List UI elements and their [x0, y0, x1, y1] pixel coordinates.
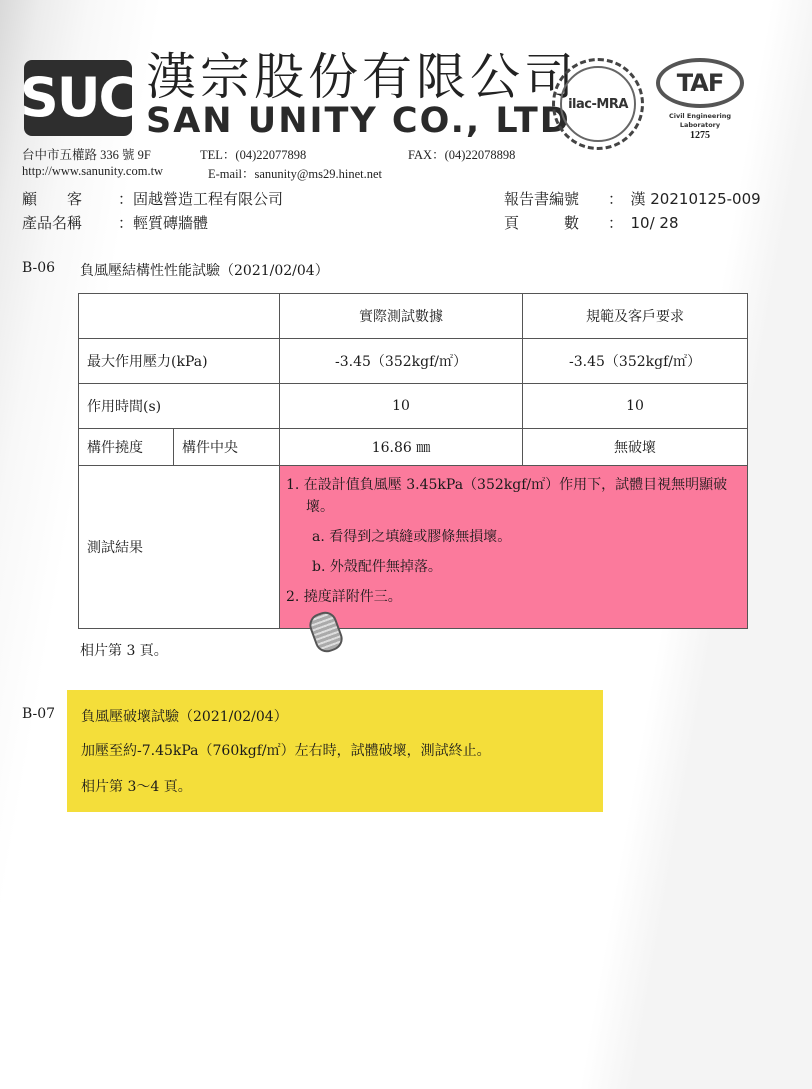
result-label: 測試結果: [79, 466, 280, 629]
customer-value: ：固越營造工程有限公司: [118, 188, 283, 209]
company-name-cn: 漢宗股份有限公司: [146, 52, 578, 102]
result-line-a: a. 看得到之填縫或膠條無損壞。: [286, 526, 741, 548]
section-b06-title: 負風壓結構性性能試驗（2021/02/04）: [80, 260, 329, 280]
page-count-value: ： 10/ 28: [608, 212, 679, 233]
photo-note-b07: 相片第 3～4 頁。: [81, 776, 192, 796]
table-row: 構件撓度 構件中央 16.86 ㎜ 無破壞: [79, 429, 748, 466]
ilac-mra-badge-icon: ilac-MRA: [552, 58, 644, 150]
test-result-row: 測試結果 1. 在設計值負風壓 3.45kPa（352kgf/㎡）作用下，試體目…: [79, 466, 748, 629]
table-row: 最大作用壓力(kPa) -3.45（352kgf/㎡） -3.45（352kgf…: [79, 339, 748, 384]
company-name-en: SAN UNITY CO., LTD: [146, 104, 571, 139]
row-actual: 10: [280, 384, 523, 429]
taf-badge-icon: TAF: [656, 58, 744, 108]
results-table: 實際測試數據 規範及客戶要求 最大作用壓力(kPa) -3.45（352kgf/…: [78, 293, 748, 629]
section-b06-code: B-06: [22, 260, 55, 276]
table-row: 作用時間(s) 10 10: [79, 384, 748, 429]
header-required: 規範及客戶要求: [523, 294, 748, 339]
telephone: TEL：(04)22077898: [200, 145, 306, 163]
b07-result-line: 加壓至約-7.45kPa（760kgf/㎡）左右時，試體破壞，測試終止。: [81, 740, 491, 760]
report-number-label: 報告書編號: [504, 188, 579, 209]
row-label: 構件撓度: [79, 429, 174, 466]
ilac-text: ilac-MRA: [568, 97, 628, 112]
header-actual: 實際測試數據: [280, 294, 523, 339]
section-b07-code: B-07: [22, 706, 55, 722]
header-empty: [79, 294, 280, 339]
taf-text: TAF: [677, 69, 723, 97]
b07-highlight-box: 負風壓破壞試驗（2021/02/04） 加壓至約-7.45kPa（760kgf/…: [67, 690, 603, 812]
row-label: 作用時間(s): [79, 384, 280, 429]
table-header-row: 實際測試數據 規範及客戶要求: [79, 294, 748, 339]
row-sublabel: 構件中央: [174, 429, 280, 466]
report-number-value: ： 漢 20210125-009: [608, 188, 761, 209]
product-value: ：輕質磚牆體: [118, 212, 208, 233]
row-required: -3.45（352kgf/㎡）: [523, 339, 748, 384]
customer-label: 顧 客: [22, 188, 82, 209]
taf-sub1: Civil Engineering: [650, 112, 750, 121]
address: 台中市五權路 336 號 9F: [22, 145, 151, 163]
fax: FAX：(04)22078898: [408, 145, 515, 163]
logo-text: SUC: [20, 71, 136, 125]
taf-number: 1275: [650, 130, 750, 141]
result-content: 1. 在設計值負風壓 3.45kPa（352kgf/㎡）作用下，試體目視無明顯破…: [280, 466, 748, 629]
result-line-2: 2. 撓度詳附件三。: [286, 586, 741, 608]
row-required: 無破壞: [523, 429, 748, 466]
company-logo: SUC: [24, 60, 132, 136]
row-required: 10: [523, 384, 748, 429]
result-line-1: 1. 在設計值負風壓 3.45kPa（352kgf/㎡）作用下，試體目視無明顯破…: [286, 474, 741, 518]
page-count-label: 頁 數: [504, 212, 579, 233]
photo-note-b06: 相片第 3 頁。: [80, 640, 168, 660]
email-link[interactable]: E-mail：sanunity@ms29.hinet.net: [208, 164, 382, 182]
product-label: 產品名稱: [22, 212, 82, 233]
website-link[interactable]: http://www.sanunity.com.tw: [22, 164, 163, 179]
row-actual: -3.45（352kgf/㎡）: [280, 339, 523, 384]
row-actual: 16.86 ㎜: [280, 429, 523, 466]
result-line-b: b. 外殼配件無掉落。: [286, 556, 741, 578]
row-label: 最大作用壓力(kPa): [79, 339, 280, 384]
taf-sub2: Laboratory: [650, 121, 750, 130]
section-b07-title: 負風壓破壞試驗（2021/02/04）: [81, 706, 288, 726]
